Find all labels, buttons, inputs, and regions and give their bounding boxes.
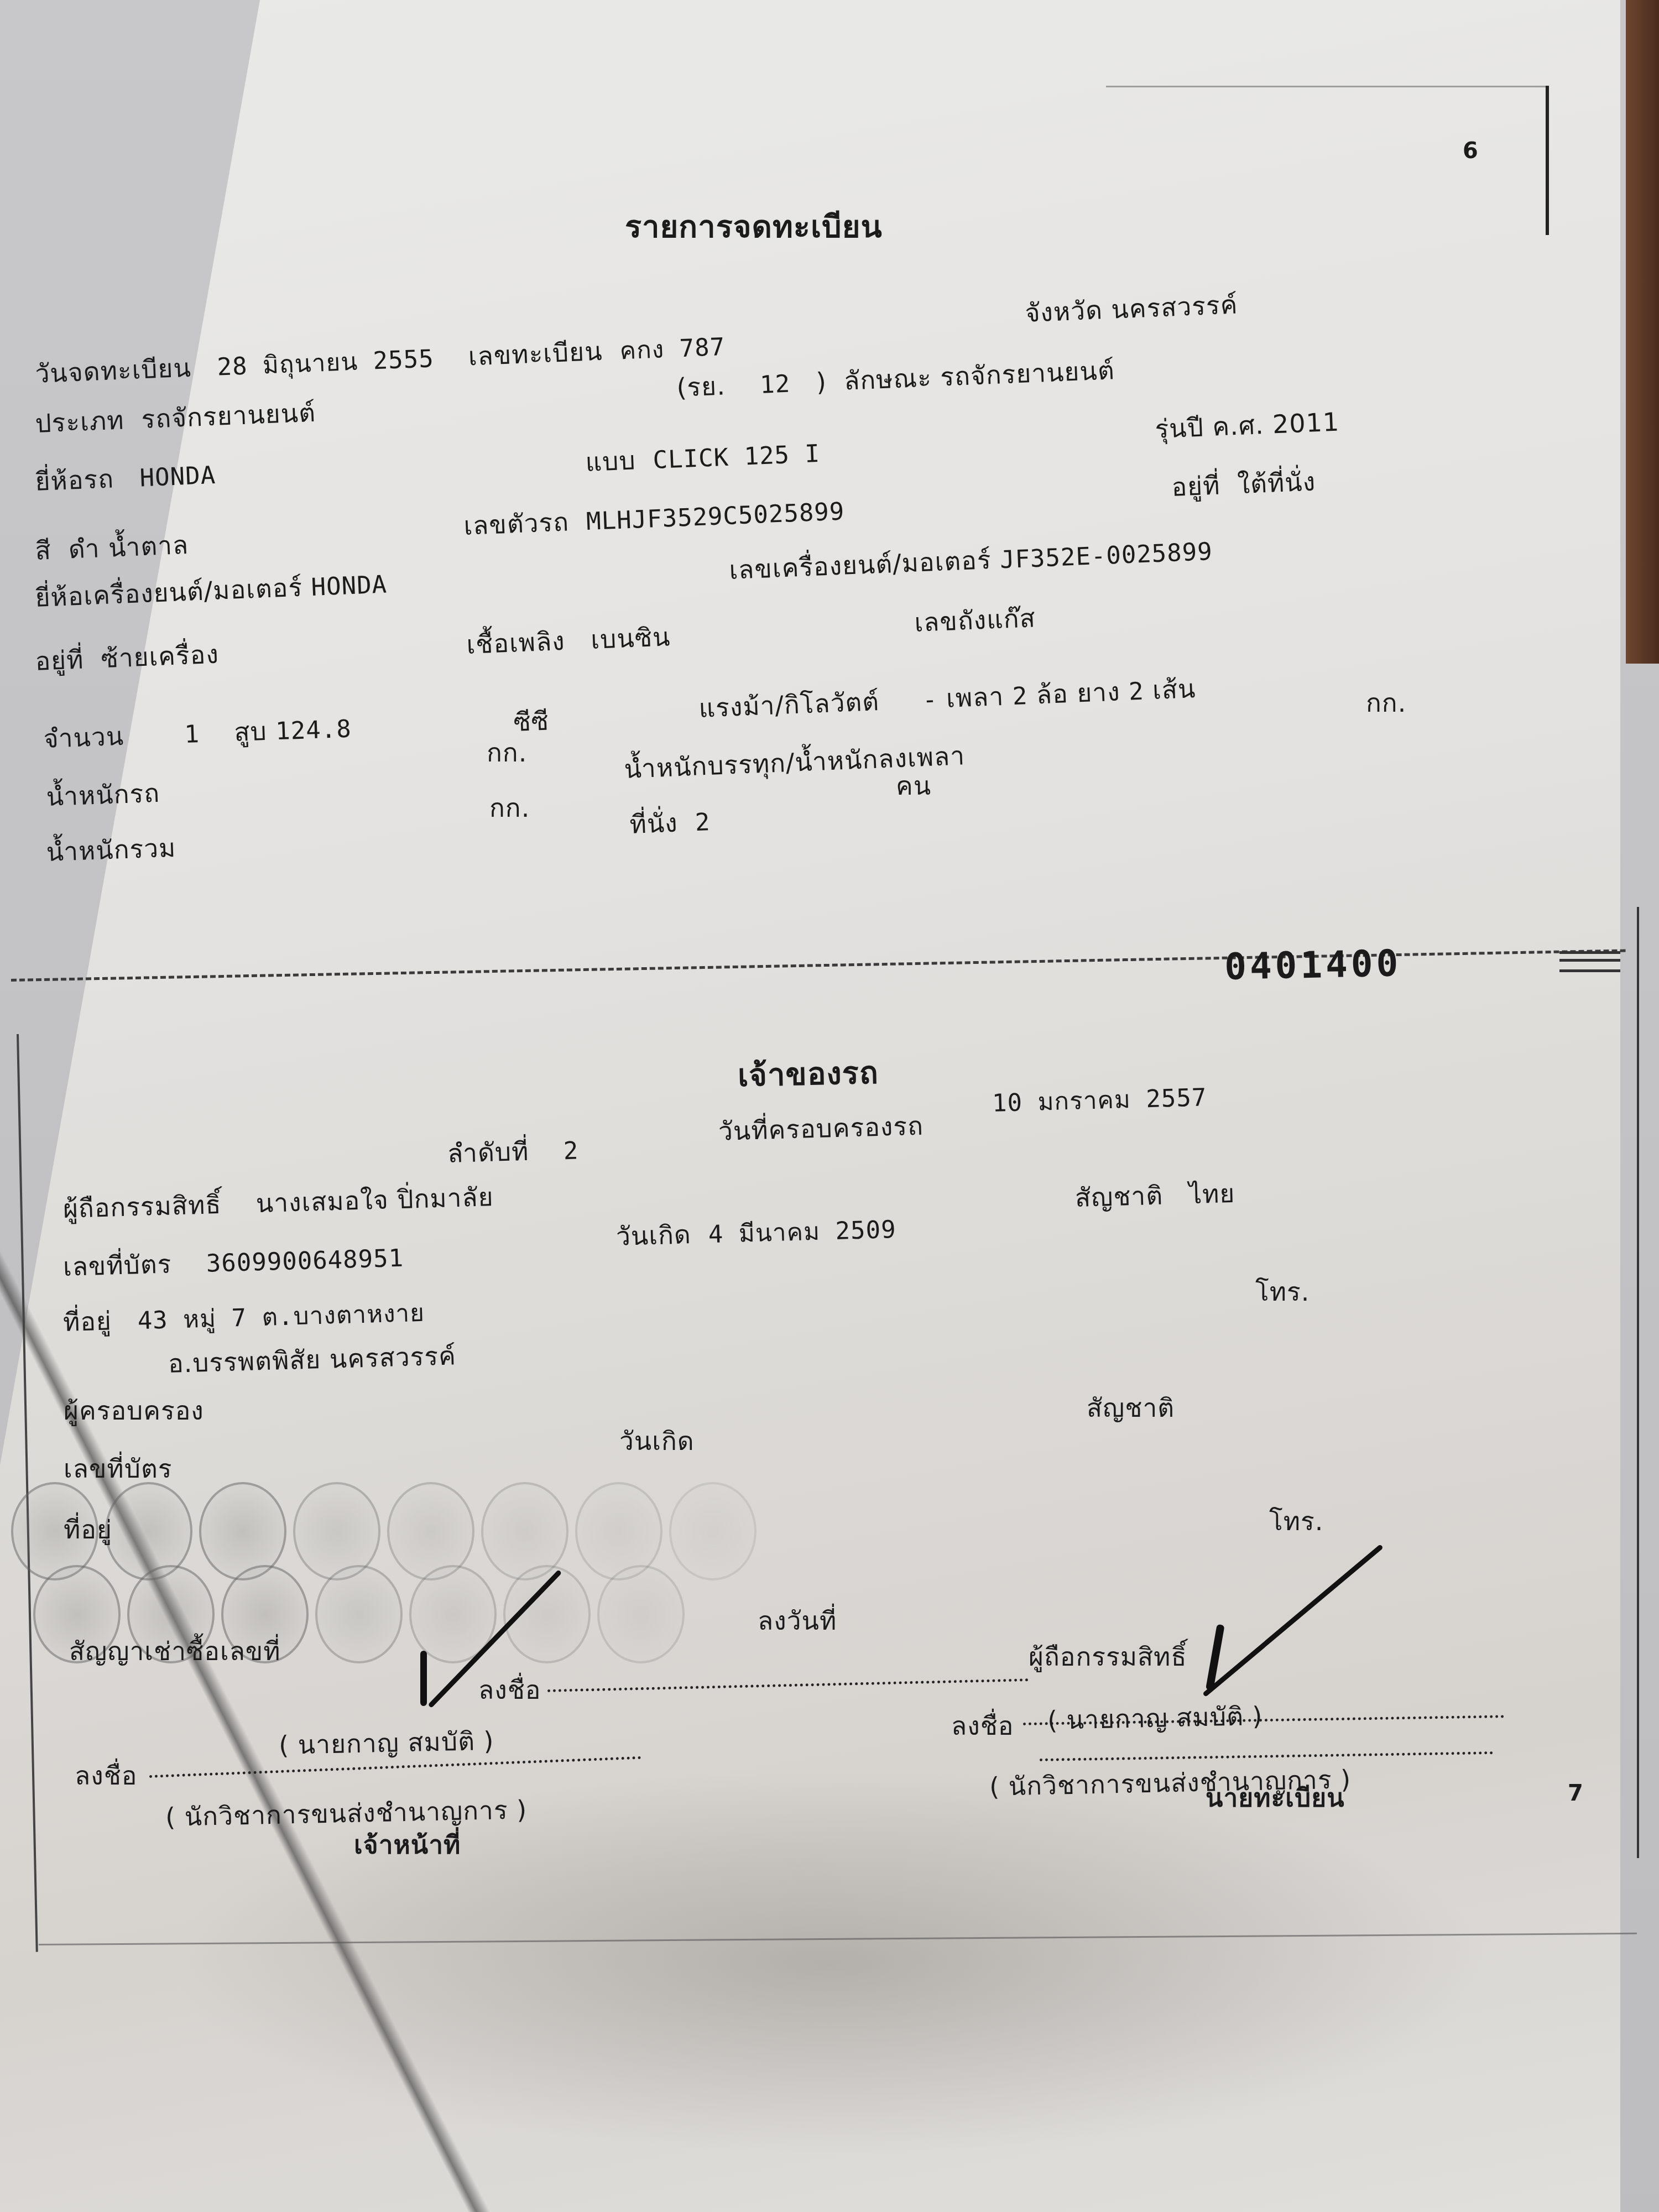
possession-date-value: 10 มกราคม 2557 xyxy=(992,1078,1207,1123)
gas-tank-row: เลขถังแก๊ส xyxy=(914,598,1036,643)
reg-date-label: วันจดทะเบียน xyxy=(34,353,191,389)
order-row: ลำดับที่ 2 xyxy=(447,1130,579,1174)
order-value: 2 xyxy=(563,1136,579,1165)
serial-number: 0401400 xyxy=(1224,942,1402,988)
possessor-phone-label: โทร. xyxy=(1269,1501,1323,1542)
engine-no-value: JF352E-0025899 xyxy=(999,538,1213,574)
holder-sign-label: ลงชื่อ xyxy=(478,1670,541,1710)
plate-label: เลขทะเบียน xyxy=(468,336,603,372)
type-value: รถจักรยานยนต์ xyxy=(141,398,316,435)
possession-date-label: วันที่ครอบครองรถ xyxy=(718,1106,924,1152)
color-value: ดำ น้ำตาล xyxy=(68,530,189,565)
possessor-label: ผู้ครอบครอง xyxy=(64,1391,204,1431)
registrar-sign-label: ลงชื่อ xyxy=(951,1706,1014,1746)
character-value: รถจักรยานยนต์ xyxy=(940,355,1115,392)
total-weight-unit: กก. xyxy=(489,788,530,828)
wheel-label: ล้อ xyxy=(1036,679,1069,709)
engine-location-value: ซ้ายเครื่อง xyxy=(100,639,219,674)
officer-position: ( นักวิชาการขนส่งชำนาญการ ) xyxy=(165,1790,527,1838)
character-label: ลักษณะ xyxy=(843,363,932,396)
load-weight-unit: กก. xyxy=(1366,683,1406,723)
page-number-top: 6 xyxy=(1463,138,1479,164)
hire-purchase-label: สัญญาเช่าซื้อเลขที่ xyxy=(69,1631,281,1672)
total-weight-label: น้ำหนักรวม xyxy=(45,828,176,873)
tire-label: ยาง xyxy=(1076,676,1120,708)
registrar-role: นายทะเบียน xyxy=(1206,1778,1345,1818)
color-row: สี ดำ น้ำตาล xyxy=(34,525,190,571)
page-number-bottom: 7 xyxy=(1568,1781,1584,1806)
chassis-location-row: อยู่ที่ ใต้ที่นั่ง xyxy=(1171,462,1316,508)
model-value: CLICK 125 I xyxy=(653,440,821,474)
power-label: แรงม้า/กิโลวัตต์ xyxy=(698,686,880,723)
address-line1: 43 หมู่ 7 ต.บางตาหงาย xyxy=(137,1299,425,1335)
fuel-row: เชื้อเพลิง เบนซิน xyxy=(466,617,671,665)
seats-row: ที่นั่ง 2 xyxy=(629,801,711,845)
possessor-birth-label: วันเกิด xyxy=(619,1421,695,1462)
signature-mark xyxy=(420,1651,427,1706)
weight-unit: กก. xyxy=(487,733,527,773)
brand-value: HONDA xyxy=(139,461,216,492)
ry-value: 12 xyxy=(759,370,791,399)
nationality-row: สัญชาติ ไทย xyxy=(1074,1173,1235,1218)
ry-close: ) xyxy=(816,367,827,397)
axle-value: 2 xyxy=(1012,682,1029,711)
brand-row: ยี่ห้อรถ HONDA xyxy=(34,455,216,502)
engine-brand-label: ยี่ห้อเครื่องยนต์/มอเตอร์ xyxy=(34,572,303,613)
id-number: 3609900648951 xyxy=(206,1244,404,1278)
page-title: รายการจดทะเบียน xyxy=(625,202,883,251)
gas-tank-label: เลขถังแก๊ส xyxy=(914,603,1036,638)
possessor-nationality-label: สัญชาติ xyxy=(1087,1388,1175,1428)
seats-label: ที่นั่ง xyxy=(629,808,678,839)
plate-value: คกง 787 xyxy=(619,333,726,366)
birth-row: วันเกิด 4 มีนาคม 2509 xyxy=(615,1209,896,1257)
possessor-address-label: ที่อยู่ xyxy=(64,1510,112,1550)
engine-brand-value: HONDA xyxy=(311,570,388,601)
birth-date: 4 มีนาคม 2509 xyxy=(708,1215,896,1249)
registration-page xyxy=(0,0,1620,2212)
tire-unit: เส้น xyxy=(1152,674,1196,705)
fuel-value: เบนซิน xyxy=(590,622,671,655)
engine-location-row: อยู่ที่ ซ้ายเครื่อง xyxy=(34,634,220,682)
chassis-label: เลขตัวรถ xyxy=(463,507,570,541)
owner-section-title: เจ้าของรถ xyxy=(737,1048,879,1100)
nationality-value: ไทย xyxy=(1188,1178,1235,1209)
officer-name: ( นายกาญ สมบัติ ) xyxy=(278,1721,494,1766)
possession-date: 10 มกราคม 2557 xyxy=(992,1083,1207,1118)
type-label: ประเภท xyxy=(34,405,124,439)
province-row: จังหวัด นครสวรรค์ xyxy=(1024,285,1239,333)
table-edge xyxy=(1626,0,1659,664)
registrar-name: ( นายกาญ สมบัติ ) xyxy=(1047,1696,1263,1741)
address-label: ที่อยู่ xyxy=(62,1306,112,1337)
watermark-seal xyxy=(315,1565,403,1663)
model-year-row: รุ่นปี ค.ศ. 2011 xyxy=(1154,402,1340,450)
model-year-value: 2011 xyxy=(1272,407,1340,440)
fuel-label: เชื้อเพลิง xyxy=(466,626,565,660)
cylinders-unit: สูบ xyxy=(233,716,267,747)
province-value: นครสวรรค์ xyxy=(1110,290,1238,325)
cylinders-value: 1 xyxy=(184,720,200,749)
model-year-label: รุ่นปี ค.ศ. xyxy=(1154,410,1264,444)
tire-value: 2 xyxy=(1128,677,1145,706)
weight-label: น้ำหนักรถ xyxy=(45,773,160,817)
seats-value: 2 xyxy=(695,808,711,837)
model-label: แบบ xyxy=(585,445,636,477)
chassis-value: MLHJF3529C5025899 xyxy=(586,497,845,536)
cylinders-label: จำนวน xyxy=(43,721,124,754)
ry-label: (รย. xyxy=(676,371,726,403)
province-label: จังหวัด xyxy=(1024,295,1103,328)
form-border xyxy=(1106,86,1548,87)
nationality-label: สัญชาติ xyxy=(1074,1181,1164,1213)
officer-role: เจ้าหน้าที่ xyxy=(354,1825,461,1865)
holder-name: นางเสมอใจ ปิ่กมาลัย xyxy=(255,1182,494,1218)
phone-label: โทร. xyxy=(1255,1272,1310,1312)
watermark-seal xyxy=(597,1565,685,1663)
axle-label: เพลา xyxy=(946,681,1004,713)
holder-label: ผู้ถือกรรมสิทธิ์ xyxy=(62,1190,222,1224)
form-border xyxy=(1637,907,1639,1858)
order-label: ลำดับที่ xyxy=(447,1136,529,1168)
brand-label: ยี่ห้อรถ xyxy=(34,463,114,497)
engine-no-label: เลขเครื่องยนต์/มอเตอร์ xyxy=(728,545,992,585)
form-border xyxy=(1546,86,1549,235)
id-label: เลขที่บัตร xyxy=(62,1249,172,1282)
chassis-location-value: ใต้ที่นั่ง xyxy=(1237,467,1316,500)
chassis-location-label: อยู่ที่ xyxy=(1171,471,1220,502)
engine-location-label: อยู่ที่ xyxy=(34,645,84,676)
reg-date-value: 28 มิถุนายน 2555 xyxy=(217,345,435,382)
color-label: สี xyxy=(34,535,51,566)
power-value: - xyxy=(922,686,938,714)
birth-label: วันเกิด xyxy=(615,1219,691,1251)
seats-unit: คน xyxy=(896,766,931,806)
sign-date-label: ลงวันที่ xyxy=(758,1601,837,1641)
cc-value: 124.8 xyxy=(275,715,352,746)
officer-sign-label: ลงชื่อ xyxy=(75,1756,138,1796)
address-line2: อ.บรรพตพิสัย นครสวรรค์ xyxy=(168,1335,457,1384)
holder-role-label: ผู้ถือกรรมสิทธิ์ xyxy=(1029,1637,1187,1677)
margin-mark xyxy=(1559,951,1620,972)
